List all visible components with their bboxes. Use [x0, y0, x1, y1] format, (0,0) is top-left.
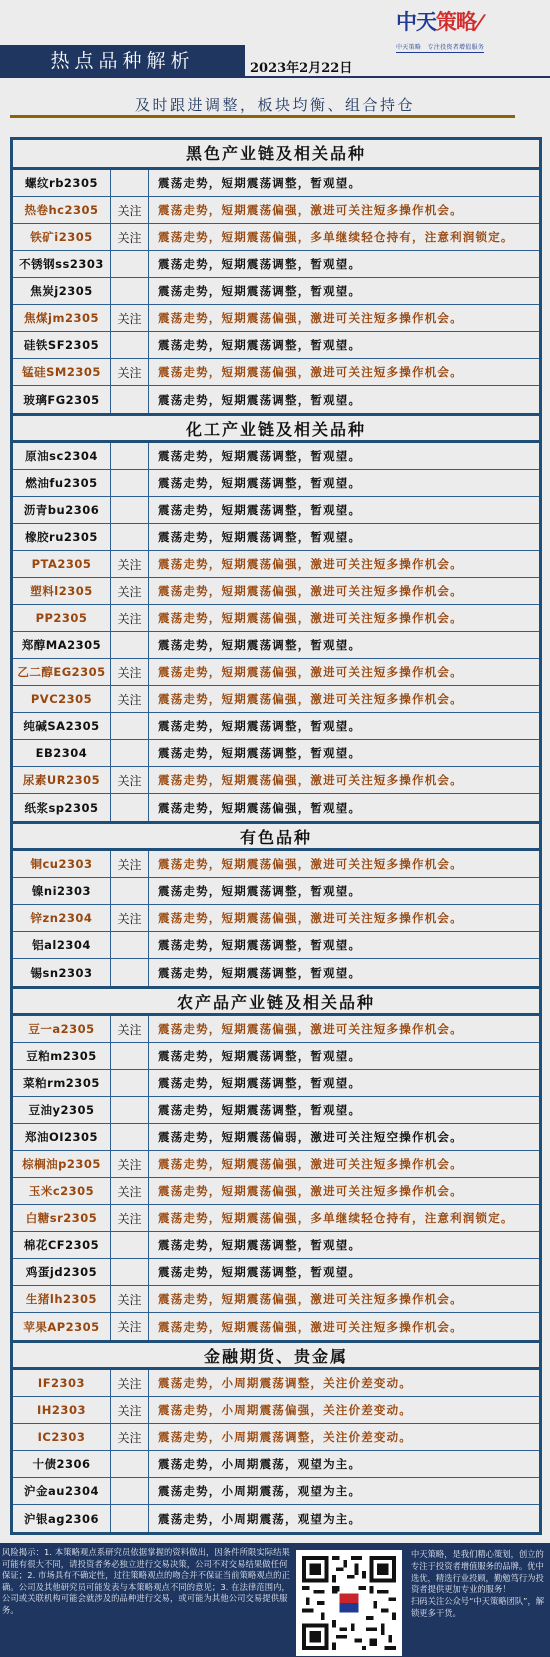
watch-flag: 关注	[111, 359, 149, 385]
variety-name: 沪金au2304	[13, 1478, 111, 1504]
variety-name: 沥青bu2306	[13, 497, 111, 523]
section-header: 化工产业链及相关品种	[13, 413, 539, 443]
variety-outlook: 震荡走势，短期震荡偏强，激进可关注短多操作机会。	[149, 578, 539, 604]
variety-name: 不锈钢ss2303	[13, 251, 111, 277]
headline: 及时跟进调整，板块均衡、组合持仓	[0, 94, 550, 115]
variety-outlook: 震荡走势，短期震荡调整，暂观望。	[149, 878, 539, 904]
variety-outlook: 震荡走势，短期震荡偏强，激进可关注短多操作机会。	[149, 851, 539, 877]
watch-flag	[111, 1232, 149, 1258]
table-row: EB2304震荡走势，短期震荡调整，暂观望。	[13, 740, 539, 767]
qr-code-graphic	[302, 1556, 396, 1650]
table-row: 焦煤jm2305关注震荡走势，短期震荡偏强，激进可关注短多操作机会。	[13, 305, 539, 332]
variety-name: 锌zn2304	[13, 905, 111, 931]
variety-name: 硅铁SF2305	[13, 332, 111, 358]
table-row: 铝al2304震荡走势，短期震荡调整，暂观望。	[13, 932, 539, 959]
table-row: 菜粕rm2305震荡走势，短期震荡调整，暂观望。	[13, 1070, 539, 1097]
watch-flag	[111, 1505, 149, 1532]
variety-name: IH2303	[13, 1397, 111, 1423]
variety-outlook: 震荡走势，短期震荡偏强，激进可关注短多操作机会。	[149, 767, 539, 793]
variety-outlook: 震荡走势，短期震荡调整，暂观望。	[149, 632, 539, 658]
headline-underline	[10, 115, 515, 118]
watch-flag	[111, 1124, 149, 1150]
variety-name: 玉米c2305	[13, 1178, 111, 1204]
variety-name: 苹果AP2305	[13, 1313, 111, 1340]
variety-outlook: 震荡走势，短期震荡偏强，多单继续轻仓持有，注意利润锁定。	[149, 1205, 539, 1231]
variety-name: 豆粕m2305	[13, 1043, 111, 1069]
table-row: 沪银ag2306震荡走势，小周期震荡，观望为主。	[13, 1505, 539, 1532]
watch-flag: 关注	[111, 305, 149, 331]
table-row: 沪金au2304震荡走势，小周期震荡，观望为主。	[13, 1478, 539, 1505]
table-row: 白糖sr2305关注震荡走势，短期震荡偏强，多单继续轻仓持有，注意利润锁定。	[13, 1205, 539, 1232]
variety-name: 燃油fu2305	[13, 470, 111, 496]
promo-cta: 扫码关注公众号“中天策略团队”，解锁更多干货。	[411, 1596, 546, 1620]
variety-name: 塑料l2305	[13, 578, 111, 604]
table-row: 铜cu2303关注震荡走势，短期震荡偏强，激进可关注短多操作机会。	[13, 851, 539, 878]
variety-outlook: 震荡走势，短期震荡偏强，多单继续轻仓持有，注意利润锁定。	[149, 224, 539, 250]
watch-flag	[111, 251, 149, 277]
variety-outlook: 震荡走势，短期震荡调整，暂观望。	[149, 278, 539, 304]
watch-flag	[111, 1097, 149, 1123]
watch-flag	[111, 632, 149, 658]
table-row: 纸浆sp2305震荡走势，短期震荡偏强，暂观望。	[13, 794, 539, 821]
table-row: 锌zn2304关注震荡走势，短期震荡偏强，激进可关注短多操作机会。	[13, 905, 539, 932]
variety-name: 棉花CF2305	[13, 1232, 111, 1258]
title-banner: 热点品种解析	[0, 45, 245, 78]
variety-name: 棕榈油p2305	[13, 1151, 111, 1177]
watch-flag: 关注	[111, 659, 149, 685]
table-row: 生猪lh2305关注震荡走势，短期震荡偏强，激进可关注短多操作机会。	[13, 1286, 539, 1313]
variety-name: 螺纹rb2305	[13, 170, 111, 196]
variety-outlook: 震荡走势，短期震荡偏强，激进可关注短多操作机会。	[149, 686, 539, 712]
table-row: PTA2305关注震荡走势，短期震荡偏强，激进可关注短多操作机会。	[13, 551, 539, 578]
variety-name: 铝al2304	[13, 932, 111, 958]
variety-name: 焦炭j2305	[13, 278, 111, 304]
table-row: 铁矿i2305关注震荡走势，短期震荡偏强，多单继续轻仓持有，注意利润锁定。	[13, 224, 539, 251]
variety-name: EB2304	[13, 740, 111, 766]
variety-name: 铜cu2303	[13, 851, 111, 877]
table-row: 焦炭j2305震荡走势，短期震荡调整，暂观望。	[13, 278, 539, 305]
variety-name: 生猪lh2305	[13, 1286, 111, 1312]
section-header: 农产品产业链及相关品种	[13, 986, 539, 1016]
variety-name: PP2305	[13, 605, 111, 631]
header-divider	[245, 76, 550, 78]
variety-outlook: 震荡走势，短期震荡调整，暂观望。	[149, 932, 539, 958]
variety-name: 纸浆sp2305	[13, 794, 111, 821]
variety-outlook: 震荡走势，短期震荡调整，暂观望。	[149, 386, 539, 413]
variety-name: IF2303	[13, 1370, 111, 1396]
variety-name: 白糖sr2305	[13, 1205, 111, 1231]
watch-flag	[111, 524, 149, 550]
watch-flag	[111, 497, 149, 523]
variety-name: 锡sn2303	[13, 959, 111, 986]
footer: 风险揭示：1. 本策略观点系研究员依据掌握的资料做出，因条件所限实际结果可能有很…	[0, 1543, 550, 1657]
watch-flag	[111, 713, 149, 739]
variety-name: 郑醇MA2305	[13, 632, 111, 658]
variety-outlook: 震荡走势，小周期震荡，观望为主。	[149, 1478, 539, 1504]
watch-flag: 关注	[111, 1313, 149, 1340]
watch-flag: 关注	[111, 905, 149, 931]
variety-name: 锰硅SM2305	[13, 359, 111, 385]
variety-outlook: 震荡走势，短期震荡偏强，激进可关注短多操作机会。	[149, 359, 539, 385]
table-row: IF2303关注震荡走势，小周期震荡调整，关注价差变动。	[13, 1370, 539, 1397]
variety-outlook: 震荡走势，短期震荡调整，暂观望。	[149, 332, 539, 358]
watch-flag: 关注	[111, 1016, 149, 1042]
variety-outlook: 震荡走势，短期震荡调整，暂观望。	[149, 524, 539, 550]
variety-outlook: 震荡走势，短期震荡偏强，激进可关注短多操作机会。	[149, 551, 539, 577]
table-row: 豆油y2305震荡走势，短期震荡调整，暂观望。	[13, 1097, 539, 1124]
watch-flag	[111, 878, 149, 904]
variety-outlook: 震荡走势，小周期震荡调整，关注价差变动。	[149, 1424, 539, 1450]
table-row: 玻璃FG2305震荡走势，短期震荡调整，暂观望。	[13, 386, 539, 413]
variety-outlook: 震荡走势，短期震荡偏强，激进可关注短多操作机会。	[149, 1286, 539, 1312]
variety-outlook: 震荡走势，小周期震荡调整，关注价差变动。	[149, 1370, 539, 1396]
watch-flag	[111, 794, 149, 821]
variety-outlook: 震荡走势，短期震荡调整，暂观望。	[149, 713, 539, 739]
watch-flag	[111, 170, 149, 196]
watch-flag: 关注	[111, 1370, 149, 1396]
variety-name: 尿素UR2305	[13, 767, 111, 793]
variety-name: 玻璃FG2305	[13, 386, 111, 413]
watch-flag	[111, 470, 149, 496]
qr-code-icon	[296, 1550, 402, 1656]
section-header: 金融期货、贵金属	[13, 1340, 539, 1370]
variety-name: 郑油OI2305	[13, 1124, 111, 1150]
variety-name: PVC2305	[13, 686, 111, 712]
watch-flag	[111, 1478, 149, 1504]
watch-flag: 关注	[111, 851, 149, 877]
variety-outlook: 震荡走势，短期震荡调整，暂观望。	[149, 251, 539, 277]
watch-flag: 关注	[111, 1286, 149, 1312]
table-row: 塑料l2305关注震荡走势，短期震荡偏强，激进可关注短多操作机会。	[13, 578, 539, 605]
table-row: 不锈钢ss2303震荡走势，短期震荡调整，暂观望。	[13, 251, 539, 278]
promo-text: 中天策略，是我们精心策划，创立的专注于投资者增值服务的品牌。优中选优，精选行业投…	[411, 1549, 546, 1620]
watch-flag	[111, 1259, 149, 1285]
variety-outlook: 震荡走势，短期震荡调整，暂观望。	[149, 959, 539, 986]
variety-name: 铁矿i2305	[13, 224, 111, 250]
watch-flag	[111, 443, 149, 469]
variety-outlook: 震荡走势，短期震荡调整，暂观望。	[149, 740, 539, 766]
watch-flag: 关注	[111, 1424, 149, 1450]
table-row: 热卷hc2305关注震荡走势，短期震荡偏强，激进可关注短多操作机会。	[13, 197, 539, 224]
table-row: 豆一a2305关注震荡走势，短期震荡偏强，激进可关注短多操作机会。	[13, 1016, 539, 1043]
promo-description: 中天策略，是我们精心策划，创立的专注于投资者增值服务的品牌。优中选优，精选行业投…	[411, 1549, 546, 1596]
table-row: 燃油fu2305震荡走势，短期震荡调整，暂观望。	[13, 470, 539, 497]
watch-flag	[111, 278, 149, 304]
variety-outlook: 震荡走势，短期震荡调整，暂观望。	[149, 1070, 539, 1096]
varieties-table: 黑色产业链及相关品种螺纹rb2305震荡走势，短期震荡调整，暂观望。热卷hc23…	[10, 137, 542, 1535]
variety-name: 乙二醇EG2305	[13, 659, 111, 685]
variety-outlook: 震荡走势，短期震荡调整，暂观望。	[149, 1097, 539, 1123]
variety-name: 菜粕rm2305	[13, 1070, 111, 1096]
variety-outlook: 震荡走势，短期震荡调整，暂观望。	[149, 1043, 539, 1069]
section-header: 黑色产业链及相关品种	[13, 140, 539, 170]
table-row: 螺纹rb2305震荡走势，短期震荡调整，暂观望。	[13, 170, 539, 197]
table-row: 郑醇MA2305震荡走势，短期震荡调整，暂观望。	[13, 632, 539, 659]
table-row: 镍ni2303震荡走势，短期震荡调整，暂观望。	[13, 878, 539, 905]
table-row: 鸡蛋jd2305震荡走势，短期震荡调整，暂观望。	[13, 1259, 539, 1286]
watch-flag: 关注	[111, 1178, 149, 1204]
table-row: 郑油OI2305震荡走势，短期震荡偏弱，激进可关注短空操作机会。	[13, 1124, 539, 1151]
watch-flag: 关注	[111, 686, 149, 712]
variety-outlook: 震荡走势，短期震荡偏强，暂观望。	[149, 794, 539, 821]
variety-name: 豆油y2305	[13, 1097, 111, 1123]
watch-flag	[111, 332, 149, 358]
variety-outlook: 震荡走势，短期震荡偏弱，激进可关注短空操作机会。	[149, 1124, 539, 1150]
table-row: 尿素UR2305关注震荡走势，短期震荡偏强，激进可关注短多操作机会。	[13, 767, 539, 794]
table-row: 豆粕m2305震荡走势，短期震荡调整，暂观望。	[13, 1043, 539, 1070]
table-row: IC2303关注震荡走势，小周期震荡调整，关注价差变动。	[13, 1424, 539, 1451]
watch-flag	[111, 386, 149, 413]
table-row: 橡胶ru2305震荡走势，短期震荡调整，暂观望。	[13, 524, 539, 551]
brand-logo: 中天策略/ 中天策略 专注投资者增值服务	[396, 10, 526, 50]
variety-name: 橡胶ru2305	[13, 524, 111, 550]
variety-outlook: 震荡走势，小周期震荡偏强，关注价差变动。	[149, 1397, 539, 1423]
report-date: 2023年2月22日	[250, 57, 352, 76]
table-row: PP2305关注震荡走势，短期震荡偏强，激进可关注短多操作机会。	[13, 605, 539, 632]
variety-outlook: 震荡走势，短期震荡偏强，激进可关注短多操作机会。	[149, 197, 539, 223]
variety-name: 镍ni2303	[13, 878, 111, 904]
watch-flag	[111, 932, 149, 958]
variety-outlook: 震荡走势，小周期震荡，观望为主。	[149, 1505, 539, 1532]
logo-wordmark: 中天策略/	[396, 10, 526, 34]
watch-flag: 关注	[111, 767, 149, 793]
watch-flag: 关注	[111, 551, 149, 577]
variety-outlook: 震荡走势，小周期震荡，观望为主。	[149, 1451, 539, 1477]
table-row: 纯碱SA2305震荡走势，短期震荡调整，暂观望。	[13, 713, 539, 740]
variety-name: 沪银ag2306	[13, 1505, 111, 1532]
variety-name: 纯碱SA2305	[13, 713, 111, 739]
variety-name: PTA2305	[13, 551, 111, 577]
table-row: 沥青bu2306震荡走势，短期震荡调整，暂观望。	[13, 497, 539, 524]
watch-flag: 关注	[111, 578, 149, 604]
watch-flag: 关注	[111, 224, 149, 250]
watch-flag: 关注	[111, 197, 149, 223]
page-title: 热点品种解析	[0, 45, 245, 78]
variety-name: 热卷hc2305	[13, 197, 111, 223]
variety-name: 鸡蛋jd2305	[13, 1259, 111, 1285]
table-row: 十债2306震荡走势，小周期震荡，观望为主。	[13, 1451, 539, 1478]
watch-flag	[111, 1043, 149, 1069]
variety-outlook: 震荡走势，短期震荡偏强，激进可关注短多操作机会。	[149, 305, 539, 331]
variety-outlook: 震荡走势，短期震荡偏强，激进可关注短多操作机会。	[149, 659, 539, 685]
table-row: 锡sn2303震荡走势，短期震荡调整，暂观望。	[13, 959, 539, 986]
table-row: 棕榈油p2305关注震荡走势，短期震荡偏强，激进可关注短多操作机会。	[13, 1151, 539, 1178]
variety-outlook: 震荡走势，短期震荡偏强，激进可关注短多操作机会。	[149, 605, 539, 631]
table-row: 玉米c2305关注震荡走势，短期震荡偏强，激进可关注短多操作机会。	[13, 1178, 539, 1205]
variety-outlook: 震荡走势，短期震荡偏强，激进可关注短多操作机会。	[149, 1151, 539, 1177]
table-row: 硅铁SF2305震荡走势，短期震荡调整，暂观望。	[13, 332, 539, 359]
table-row: 锰硅SM2305关注震荡走势，短期震荡偏强，激进可关注短多操作机会。	[13, 359, 539, 386]
watch-flag: 关注	[111, 1151, 149, 1177]
variety-outlook: 震荡走势，短期震荡调整，暂观望。	[149, 497, 539, 523]
variety-outlook: 震荡走势，短期震荡调整，暂观望。	[149, 170, 539, 196]
variety-name: 焦煤jm2305	[13, 305, 111, 331]
table-row: 苹果AP2305关注震荡走势，短期震荡偏强，激进可关注短多操作机会。	[13, 1313, 539, 1340]
variety-outlook: 震荡走势，短期震荡偏强，激进可关注短多操作机会。	[149, 905, 539, 931]
table-row: 原油sc2304震荡走势，短期震荡调整，暂观望。	[13, 443, 539, 470]
watch-flag	[111, 1070, 149, 1096]
variety-name: IC2303	[13, 1424, 111, 1450]
watch-flag	[111, 740, 149, 766]
variety-outlook: 震荡走势，短期震荡调整，暂观望。	[149, 1232, 539, 1258]
watch-flag: 关注	[111, 1205, 149, 1231]
variety-outlook: 震荡走势，短期震荡偏强，激进可关注短多操作机会。	[149, 1313, 539, 1340]
variety-outlook: 震荡走势，短期震荡调整，暂观望。	[149, 443, 539, 469]
table-row: PVC2305关注震荡走势，短期震荡偏强，激进可关注短多操作机会。	[13, 686, 539, 713]
watch-flag: 关注	[111, 1397, 149, 1423]
risk-disclaimer: 风险揭示：1. 本策略观点系研究员依据掌握的资料做出，因条件所限实际结果可能有很…	[2, 1547, 290, 1617]
table-row: 棉花CF2305震荡走势，短期震荡调整，暂观望。	[13, 1232, 539, 1259]
variety-name: 原油sc2304	[13, 443, 111, 469]
variety-outlook: 震荡走势，短期震荡偏强，激进可关注短多操作机会。	[149, 1016, 539, 1042]
variety-outlook: 震荡走势，短期震荡调整，暂观望。	[149, 470, 539, 496]
variety-name: 豆一a2305	[13, 1016, 111, 1042]
table-row: IH2303关注震荡走势，小周期震荡偏强，关注价差变动。	[13, 1397, 539, 1424]
table-row: 乙二醇EG2305关注震荡走势，短期震荡偏强，激进可关注短多操作机会。	[13, 659, 539, 686]
watch-flag	[111, 959, 149, 986]
variety-name: 十债2306	[13, 1451, 111, 1477]
variety-outlook: 震荡走势，短期震荡调整，暂观望。	[149, 1259, 539, 1285]
logo-tagline: 中天策略 专注投资者增值服务	[396, 42, 484, 53]
watch-flag: 关注	[111, 605, 149, 631]
watch-flag	[111, 1451, 149, 1477]
variety-outlook: 震荡走势，短期震荡偏强，激进可关注短多操作机会。	[149, 1178, 539, 1204]
section-header: 有色品种	[13, 821, 539, 851]
